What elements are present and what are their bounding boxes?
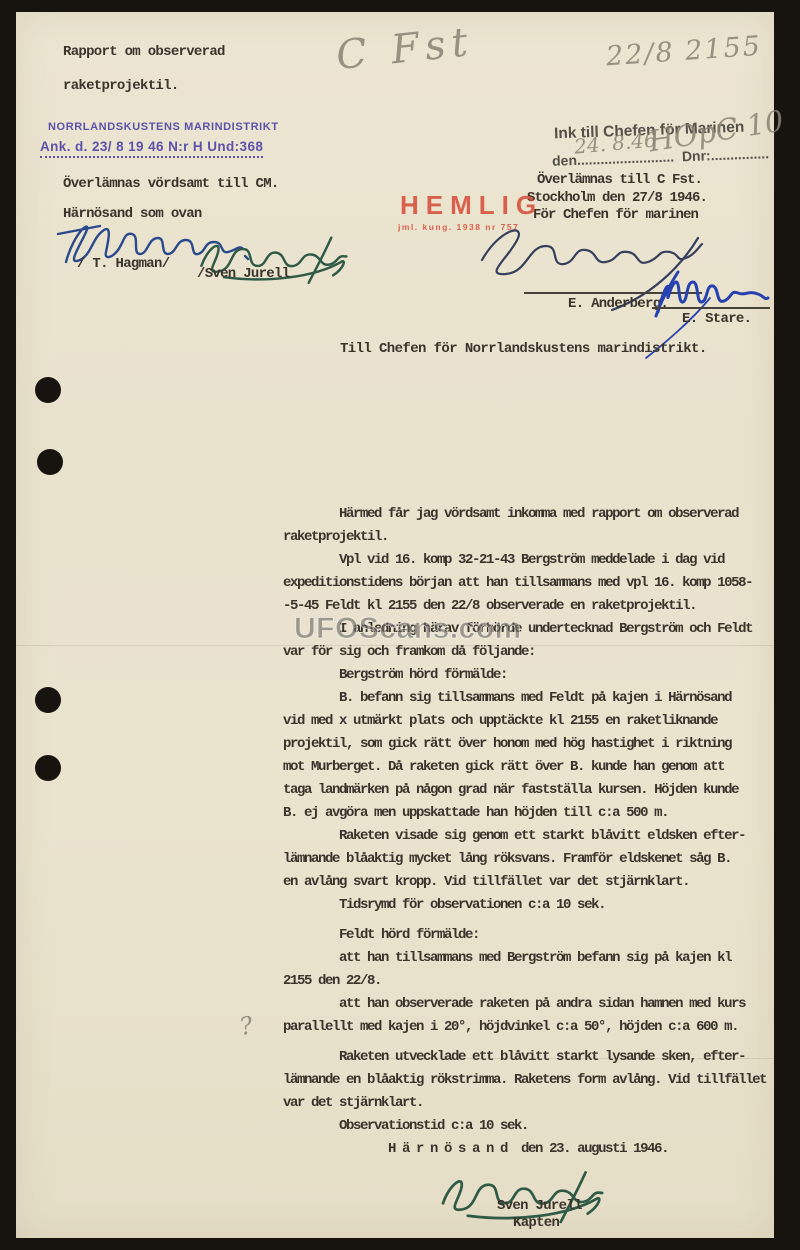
body-paragraph: Feldt hörd förmälde: xyxy=(283,924,785,947)
watermark: UFOScans.com xyxy=(294,612,522,646)
punch-hole xyxy=(35,755,61,781)
secret-stamp-hemlig: HEMLIG xyxy=(400,190,543,221)
forward-cfst-line2: Stockholm den 27/8 1946. xyxy=(527,190,707,206)
body-paragraph: Tidsrymd för observationen c:a 10 sek. xyxy=(283,894,785,917)
registry-stamp-line2: Ank. d. 23/ 8 19 46 N:r H Und:368 xyxy=(40,139,263,158)
body-paragraph: att han observerade raketen på andra sid… xyxy=(283,993,785,1039)
recipient-line: Till Chefen för Norrlandskustens marindi… xyxy=(340,341,707,357)
scanned-document-page: { "document": { "kind": "scanned militar… xyxy=(0,0,800,1250)
registry-stamp-line1: NORRLANDSKUSTENS MARINDISTRIKT xyxy=(48,121,279,133)
stare-typed-name: E. Stare. xyxy=(682,311,751,327)
punch-hole xyxy=(35,687,61,713)
body-paragraph: Bergström hörd förmälde: xyxy=(283,664,785,687)
closing-signer-name: Sven Jurell xyxy=(497,1198,582,1214)
forward-cfst-line1: Överlämnas till C Fst. xyxy=(537,172,702,188)
stare-signature-line xyxy=(652,307,770,309)
closing-signer-title: Kapten xyxy=(513,1215,559,1231)
body-paragraphs: Härmed får jag vördsamt inkomma med rapp… xyxy=(283,503,785,1161)
body-paragraph: Observationstid c:a 10 sek. xyxy=(283,1115,785,1138)
body-paragraph: Raketen utvecklade ett blåvitt starkt ly… xyxy=(283,1046,785,1115)
jurell-typed-name-top: /Sven Jurell xyxy=(197,266,289,282)
forward-note-cm: Överlämnas vördsamt till CM. xyxy=(63,176,279,192)
subject-line-1: Rapport om observerad xyxy=(63,44,225,60)
body-paragraph: Vpl vid 16. komp 32-21-43 Bergström medd… xyxy=(283,549,785,618)
subject-line-2: raketprojektil. xyxy=(63,78,179,94)
body-paragraph: Härmed får jag vördsamt inkomma med rapp… xyxy=(283,503,785,549)
hagman-typed-name: / T. Hagman/ xyxy=(77,256,169,272)
body-paragraph: B. befann sig tillsammans med Feldt på k… xyxy=(283,687,785,825)
body-paragraph: Raketen visade sig genom ett starkt blåv… xyxy=(283,825,785,894)
body-paragraph: H ä r n ö s a n d den 23. augusti 1946. xyxy=(283,1138,785,1161)
punch-hole xyxy=(37,449,63,475)
body-paragraph: att han tillsammans med Bergström befann… xyxy=(283,947,785,993)
punch-hole xyxy=(35,377,61,403)
